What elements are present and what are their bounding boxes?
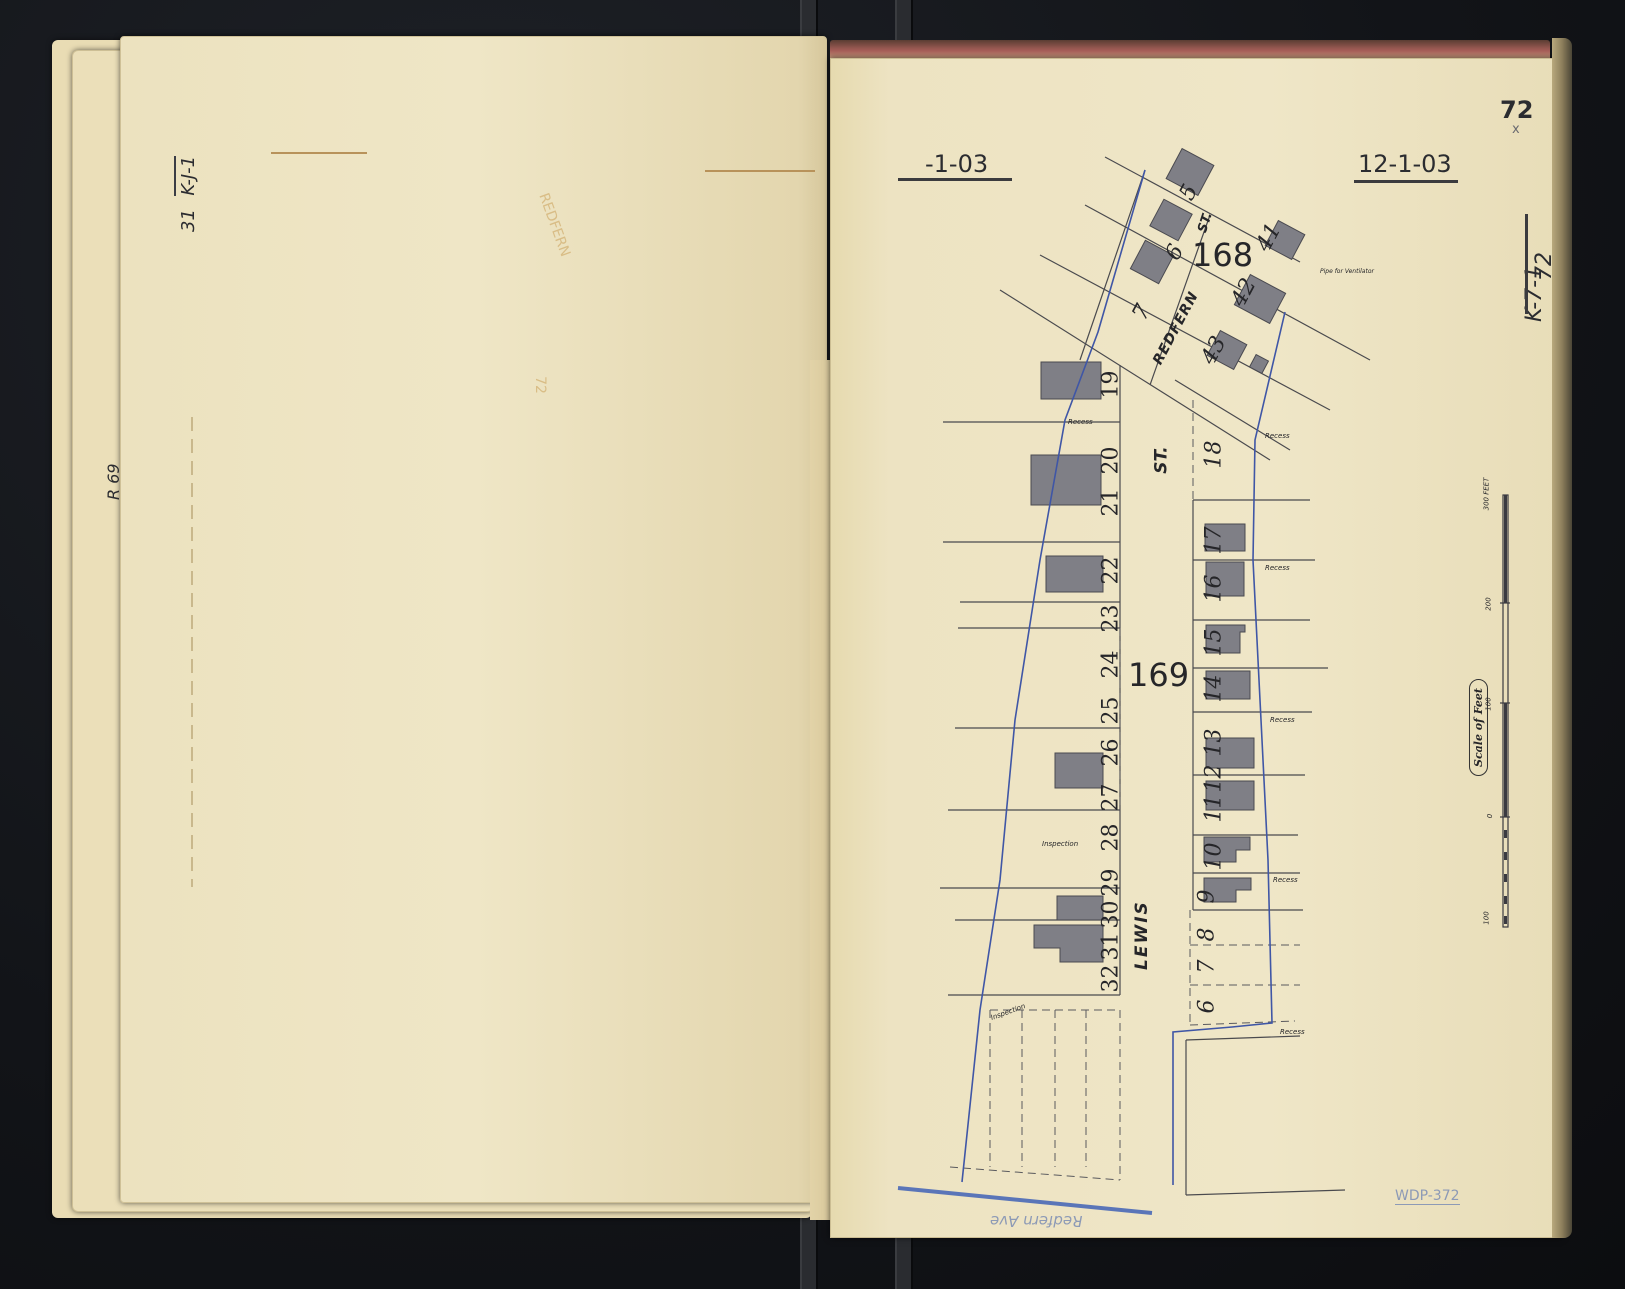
lot-number: 7 [1195,960,1220,974]
archive-id: WDP-372 [1395,1188,1460,1205]
lot-number: 9 [1195,890,1220,904]
lot-number: 20 [1099,447,1124,475]
annotation-recess: Recess [1270,716,1295,724]
lot-number: 26 [1099,739,1124,767]
lot-number: 22 [1099,557,1124,585]
lot-number: 21 [1099,489,1124,517]
lot-number: 18 [1202,441,1227,469]
lot-number: 28 [1099,824,1124,852]
street-lewis: LEWIS [1132,900,1152,970]
scale-tick: 0 [1486,814,1494,818]
lot-number: 19 [1099,371,1124,399]
lot-number: 23 [1099,605,1124,633]
lot-number: 8 [1195,928,1220,942]
lot-number: 31 [1099,933,1124,961]
annotation-recess: Recess [1068,418,1093,426]
lot-number: 12 [1202,765,1227,793]
scale-title: Scale of Feet [1469,679,1488,776]
lot-number: 25 [1099,697,1124,725]
lot-number: 27 [1099,784,1124,812]
lot-number: 14 [1202,675,1227,703]
lot-number: 11 [1202,795,1227,823]
annotation-ventilator: Pipe for Ventilator [1320,268,1374,275]
annotation-recess: Recess [1280,1028,1305,1036]
lot-number: 30 [1099,901,1124,929]
block-number-168: 168 [1192,236,1253,274]
annotation-inspection: Inspection [1042,840,1078,848]
scale-tick: 300 FEET [1482,478,1490,511]
lot-number: 32 [1099,965,1124,993]
street-lewis-suffix: ST. [1152,446,1172,473]
annotation-recess: Recess [1273,876,1298,884]
lot-number: 29 [1099,869,1124,897]
annotation-recess: Recess [1265,432,1290,440]
lot-number: 13 [1202,729,1227,757]
scale-tick: 100 [1485,697,1493,710]
scale-tick: 200 [1485,597,1493,610]
lot-number: 10 [1202,843,1227,871]
lot-number: 15 [1202,629,1227,657]
lot-number: 16 [1202,575,1227,603]
lot-number: 17 [1202,527,1227,555]
lot-number: 24 [1099,651,1124,679]
fire-insurance-map [0,0,1625,1289]
block-number-169: 169 [1128,656,1189,694]
lot-number: 6 [1195,1000,1220,1014]
pencil-note: Redfern Ave [990,1212,1083,1230]
annotation-recess: Recess [1265,564,1290,572]
scale-tick: 100 [1483,911,1491,924]
